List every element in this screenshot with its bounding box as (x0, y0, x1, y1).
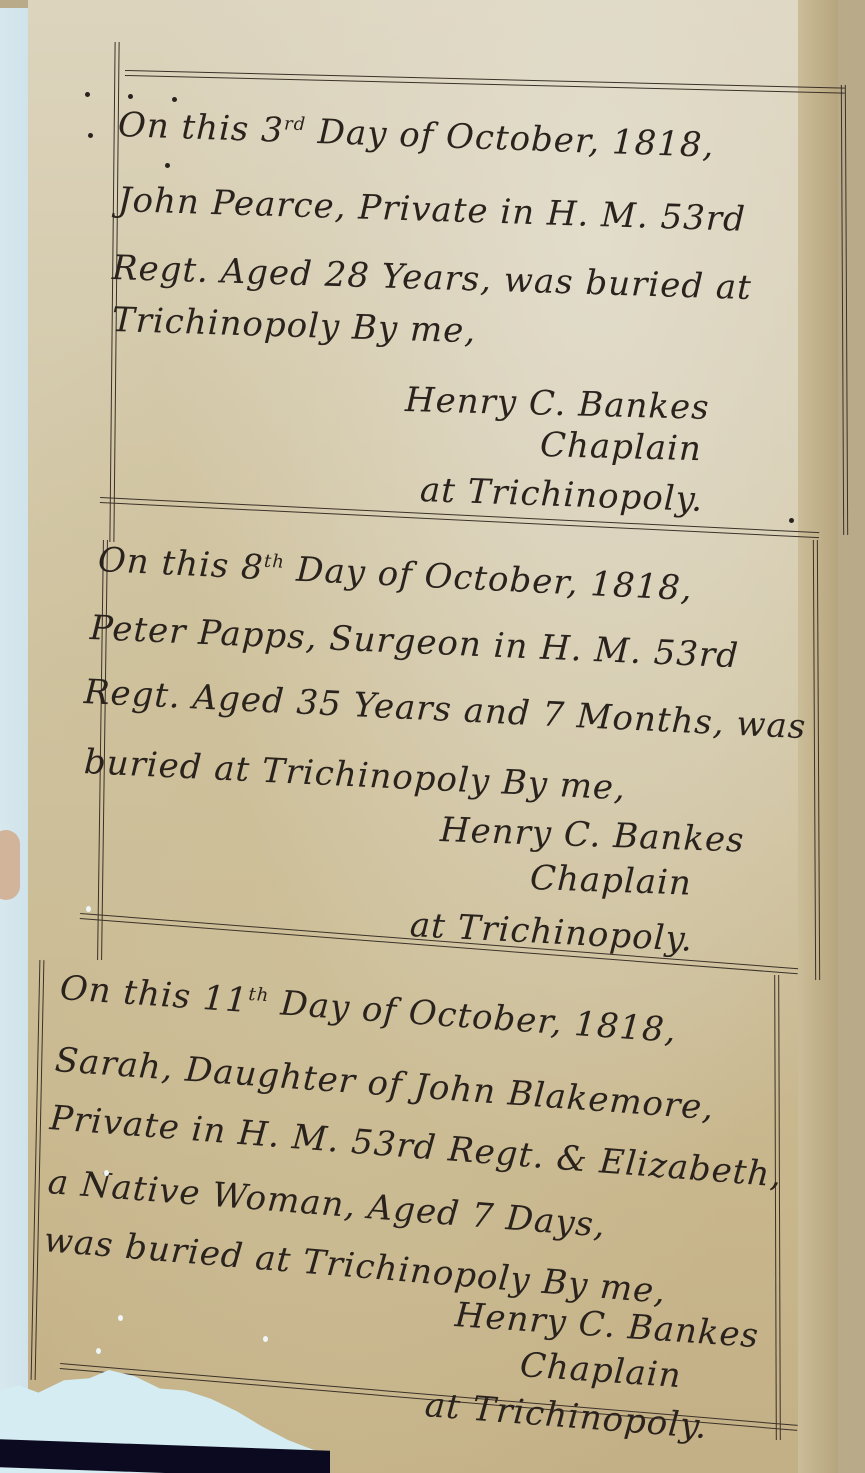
signature-title: Chaplain (539, 425, 702, 469)
ink-dot (789, 518, 794, 523)
worm-hole (86, 906, 91, 912)
right-margin-rule (841, 85, 848, 535)
date-ordinal: th (264, 551, 286, 573)
ink-dot (88, 133, 93, 138)
ink-dot (165, 163, 170, 168)
ink-dot (128, 94, 133, 99)
signature-title: Chaplain (529, 858, 692, 904)
worm-hole (263, 1336, 268, 1342)
date-prefix: On this 8 (97, 540, 265, 588)
ink-dot (85, 92, 90, 97)
date-prefix: On this 3 (117, 105, 284, 151)
signature-name: Henry C. Bankes (404, 380, 710, 428)
thumb-holding-page (0, 830, 20, 900)
worm-hole (96, 1348, 101, 1354)
date-ordinal: rd (284, 113, 307, 135)
ink-dot (172, 97, 177, 102)
worm-hole (104, 1170, 109, 1176)
date-ordinal: th (248, 984, 270, 1006)
worm-hole (118, 1315, 123, 1321)
